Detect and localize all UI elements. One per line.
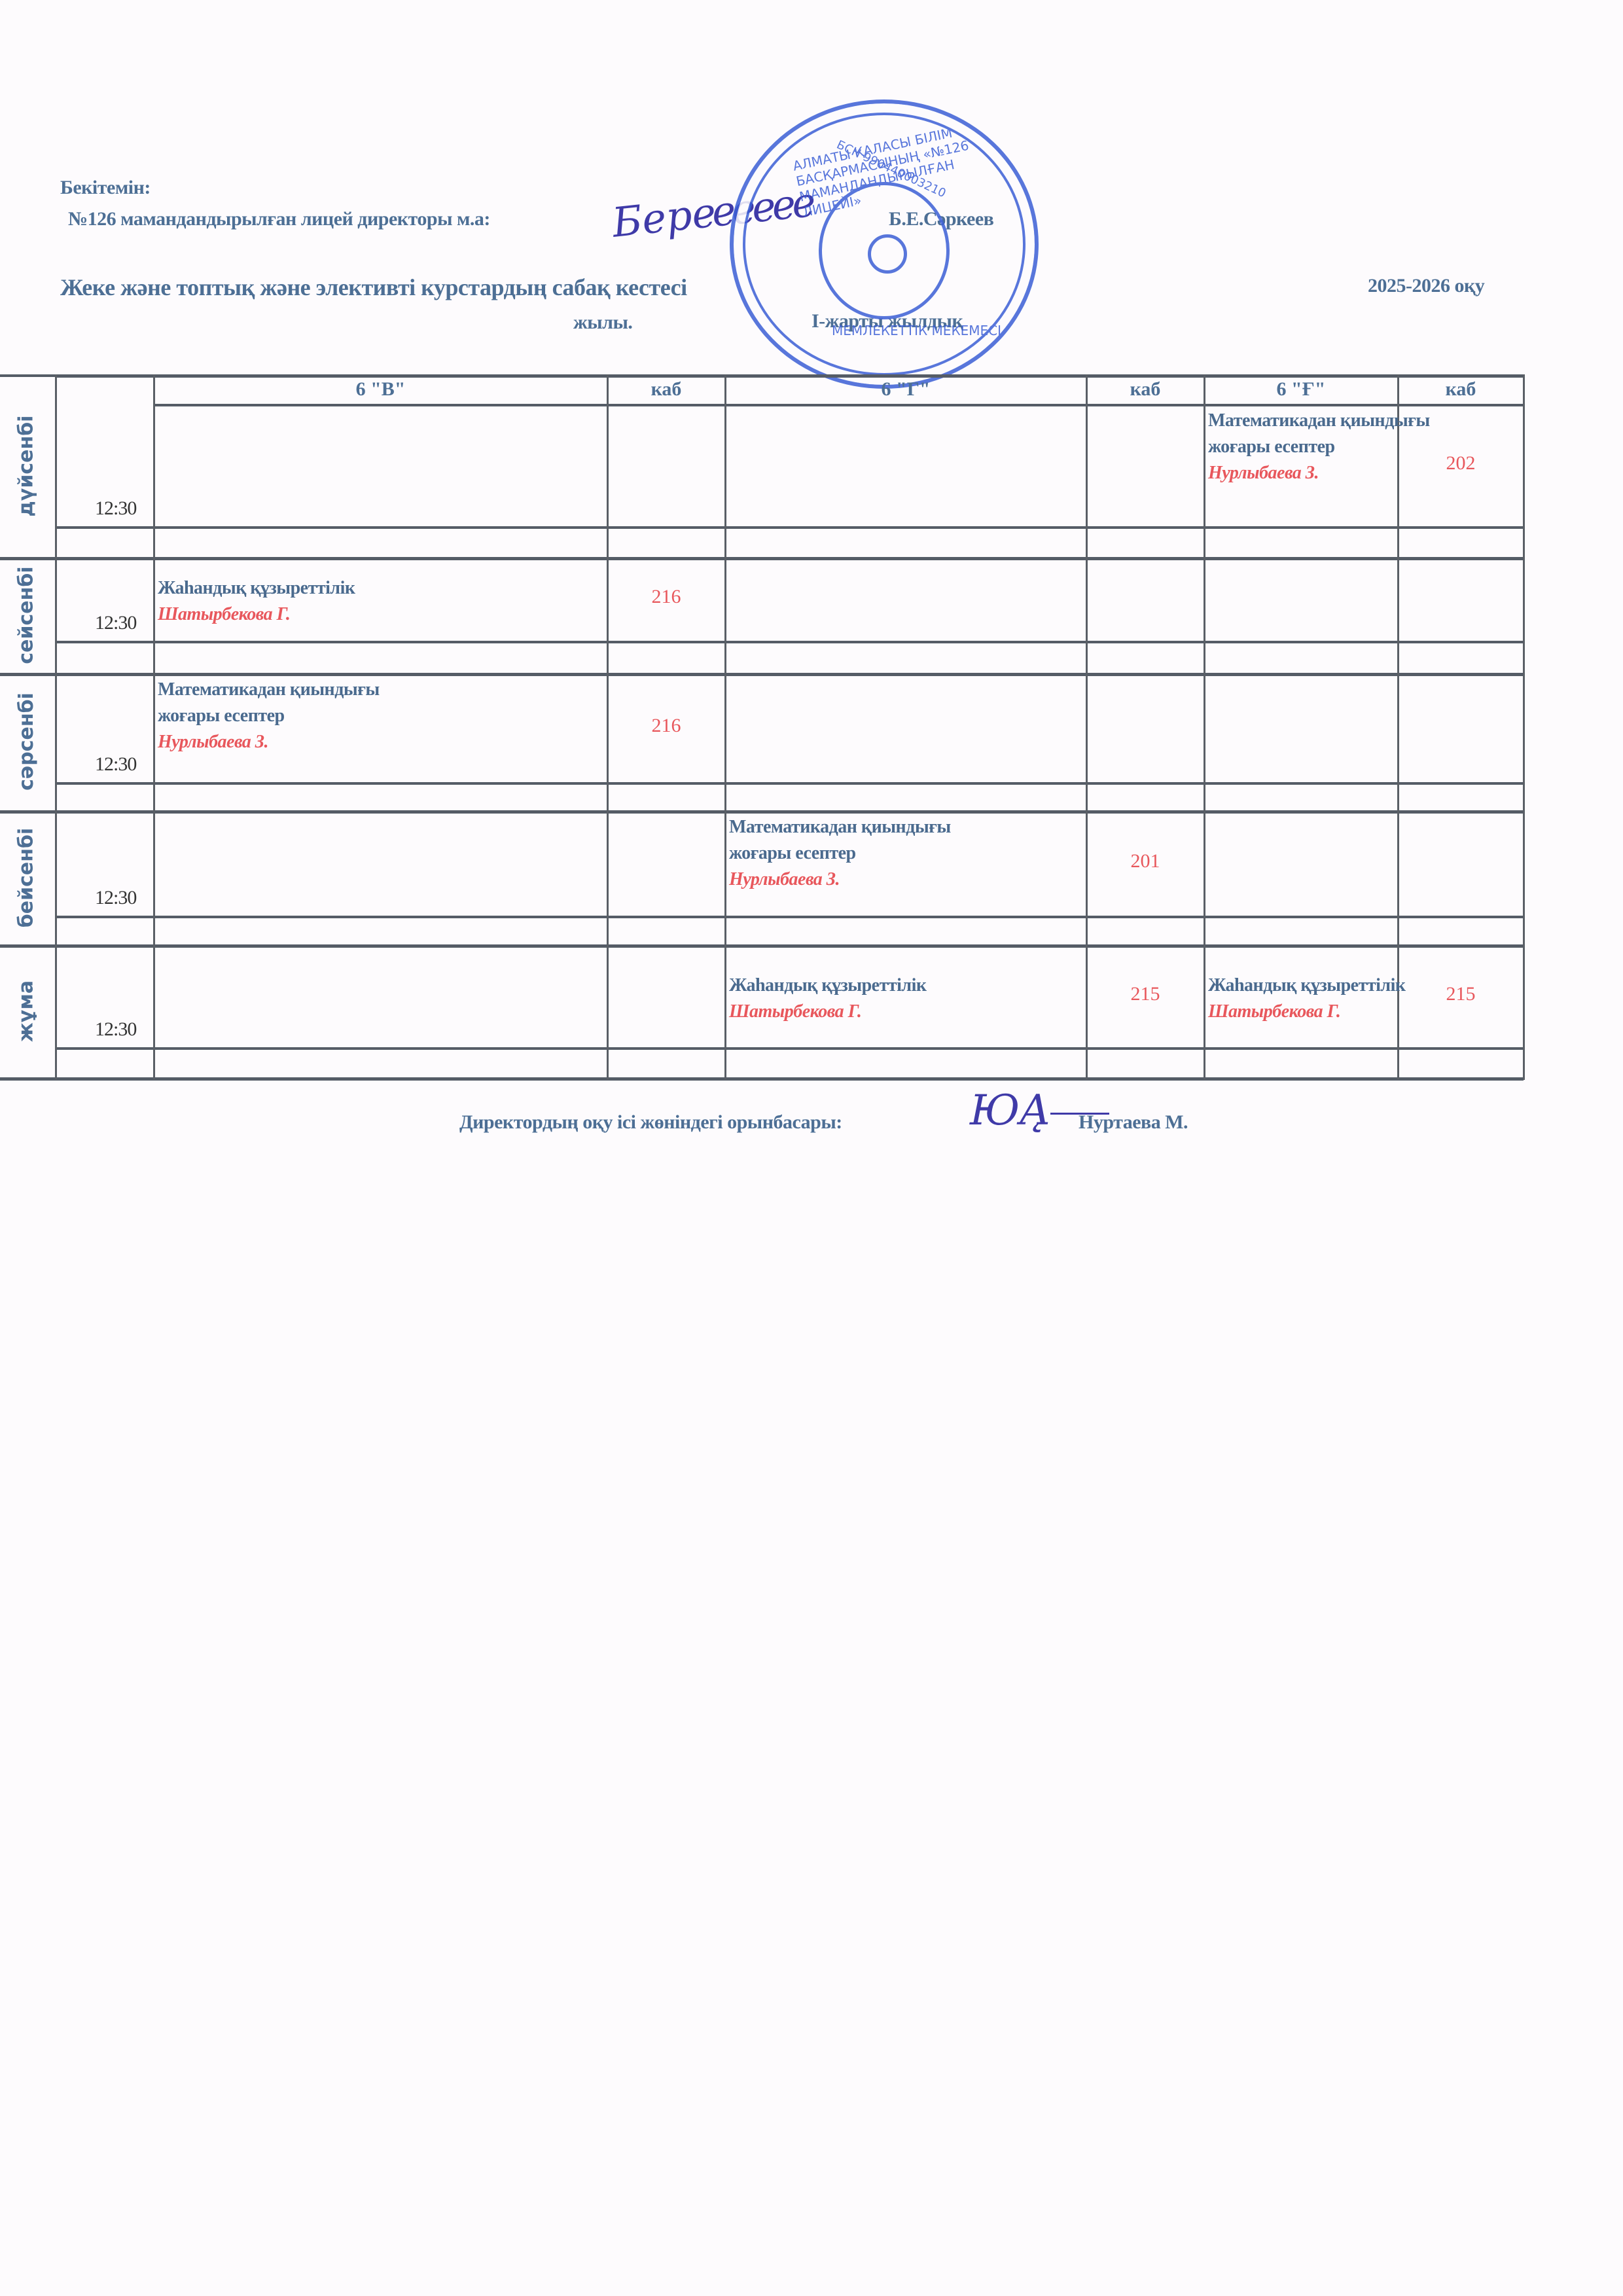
subject-name: жоғары есептер [1208,434,1335,460]
day-divider [0,1077,1524,1081]
room-number: 202 [1398,452,1524,475]
room-number: 201 [1086,850,1204,872]
column-header: 6 "В" [154,378,607,401]
column-line [1204,374,1205,1080]
day-divider [0,673,1524,676]
room-number: 215 [1086,983,1204,1005]
teacher-name: Нурлыбаева З. [1208,460,1319,486]
table-border-top [56,374,1524,378]
emblem-core-icon [868,234,907,274]
subject-name: Математикадан қиындығы [158,677,380,703]
teacher-name: Нурлыбаева З. [158,729,268,755]
room-number: 215 [1398,983,1524,1005]
subject-name: Жаһандық құзыреттілік [158,575,355,601]
room-number: 216 [607,586,725,608]
approve-label: Бекітемін: [60,177,151,199]
column-header: 6 "Ғ" [1204,378,1398,401]
official-stamp: БСН 990440003210 АЛМАТЫ ҚАЛАСЫ БІЛІМ БАС… [730,99,1039,389]
column-header: каб [1398,378,1524,401]
year-suffix: жылы. [573,312,632,334]
teacher-name: Шатырбекова Г. [729,999,861,1025]
teacher-name: Шатырбекова Г. [158,601,290,628]
subject-name: Математикадан қиындығы [1208,408,1430,434]
deputy-name: Нуртаева М. [1079,1111,1188,1134]
day-label: сейсенбі [15,557,41,673]
day-label: жұма [15,944,41,1077]
subject-name: Жаһандық құзыреттілік [729,973,927,999]
day-label: бейсенбі [15,810,41,944]
document-title: Жеке және топтық және элективті курстард… [60,274,687,301]
row-divider [56,782,1524,785]
lesson-time: 12:30 [95,1018,136,1041]
director-position: №126 мамандандырылған лицей директоры м.… [68,208,490,230]
day-divider [0,557,1524,560]
column-line [1086,374,1088,1080]
column-header: каб [607,378,725,401]
column-header: каб [1086,378,1204,401]
row-divider [56,641,1524,643]
header-divider [154,404,1524,406]
day-divider [0,944,1524,948]
lesson-time: 12:30 [95,612,136,634]
subject-name: Математикадан қиындығы [729,814,951,840]
teacher-name: Нурлыбаева З. [729,867,840,893]
subject-name: Жаһандық құзыреттілік [1208,973,1406,999]
day-divider [0,810,1524,814]
schedule-table: 6 "В"каб6 "Г"каб6 "Ғ"кабдүйсенбі12:30Мат… [0,374,1525,1078]
column-line [153,374,155,1080]
column-line [55,374,57,1080]
deputy-position: Директордың оқу ісі жөніндегі орынбасары… [459,1111,842,1134]
lesson-time: 12:30 [95,887,136,909]
day-label: сәрсенбі [15,673,41,810]
subject-name: жоғары есептер [729,840,856,867]
row-divider [56,1047,1524,1050]
row-divider [56,526,1524,529]
lesson-time: 12:30 [95,497,136,520]
subject-name: жоғары есептер [158,703,285,729]
row-divider [56,916,1524,918]
column-line [1523,374,1525,1080]
academic-year: 2025-2026 оқу [1368,275,1484,297]
teacher-name: Шатырбекова Г. [1208,999,1340,1025]
room-number: 216 [607,715,725,737]
lesson-time: 12:30 [95,753,136,776]
column-header: 6 "Г" [725,378,1086,401]
stamp-inner-text: МЕМЛЕКЕТТІК МЕКЕМЕСІ [832,323,1001,338]
day-label: дүйсенбі [15,374,41,557]
